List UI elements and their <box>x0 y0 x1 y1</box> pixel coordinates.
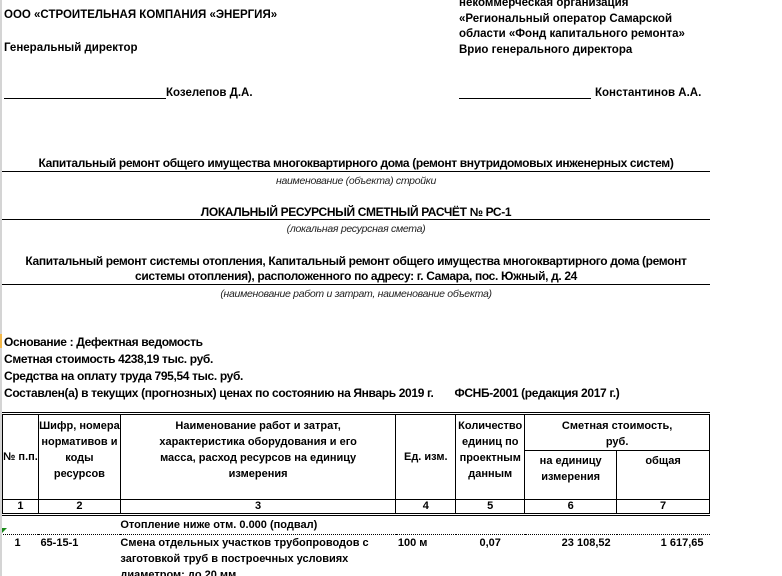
header-qty: Количество единиц по проектным данным <box>456 414 525 500</box>
contractor-signature: Козелепов Д.А. <box>4 86 253 99</box>
header-cost-unit: на единицу измерения <box>525 451 617 500</box>
row-name: Смена отдельных участков трубопроводов с… <box>120 535 395 576</box>
prices-as-of: Составлен(а) в текущих (прогнозных) цена… <box>4 385 619 402</box>
section-title: Отопление ниже отм. 0.000 (подвал) <box>120 515 709 535</box>
basis: Основание : Дефектная ведомость <box>4 334 619 351</box>
prices-as-of-text: Составлен(а) в текущих (прогнозных) цена… <box>4 386 433 400</box>
customer-signer: Константинов А.А. <box>595 87 701 99</box>
row-no: 1 <box>3 535 39 576</box>
row-code: 65-15-1 <box>38 535 120 576</box>
customer-signature: Константинов А.А. <box>459 86 701 99</box>
customer-org-line2: «Региональный оператор Самарской <box>459 12 685 28</box>
contractor-signer: Козелепов Д.А. <box>166 87 253 99</box>
works-caption: (наименование работ и затрат, наименован… <box>2 288 710 300</box>
row-cost-unit: 23 108,52 <box>525 535 617 576</box>
estimate-caption: (локальная ресурсная смета) <box>2 223 710 235</box>
header-code: Шифр, номера нормативов и коды ресурсов <box>38 414 120 500</box>
customer-org-line3: области «Фонд капитального ремонта» <box>459 27 685 43</box>
contractor-signature-line <box>4 86 166 99</box>
column-number-7: 7 <box>617 500 710 515</box>
customer-org: некоммерческая организация «Региональный… <box>459 0 685 58</box>
summary-block: Основание : Дефектная ведомость Сметная … <box>4 334 619 402</box>
column-number-3: 3 <box>120 500 395 515</box>
works-title-line2: системы отопления), расположенного по ад… <box>2 269 710 284</box>
column-number-5: 5 <box>456 500 525 515</box>
column-number-4: 4 <box>396 500 456 515</box>
labor-funds: Средства на оплату труда 795,54 тыс. руб… <box>4 368 619 385</box>
row-unit: 100 м <box>396 535 456 576</box>
column-number-6: 6 <box>525 500 617 515</box>
estimate-table: № п.п. Шифр, номера нормативов и коды ре… <box>2 412 710 576</box>
customer-signature-line <box>459 86 591 99</box>
contractor-position: Генеральный директор <box>4 42 138 54</box>
object-underline <box>2 171 710 172</box>
row-cost-total: 1 617,65 <box>617 535 710 576</box>
header-name: Наименование работ и затрат, характерист… <box>120 414 395 500</box>
header-cost-group: Сметная стоимость, руб. <box>525 414 710 451</box>
active-row-marker <box>0 334 2 348</box>
works-title: Капитальный ремонт системы отопления, Ка… <box>2 254 710 284</box>
works-title-line1: Капитальный ремонт системы отопления, Ка… <box>2 254 710 269</box>
object-caption: наименование (объекта) стройки <box>2 175 710 187</box>
contractor-org-name: ООО «СТРОИТЕЛЬНАЯ КОМПАНИЯ «ЭНЕРГИЯ» <box>4 9 277 21</box>
works-underline <box>2 284 710 285</box>
table-row[interactable]: 1 65-15-1 Смена отдельных участков трубо… <box>3 535 710 576</box>
customer-position: Врио генерального директора <box>459 43 685 59</box>
estimated-cost: Сметная стоимость 4238,19 тыс. руб. <box>4 351 619 368</box>
estimate-underline <box>2 219 710 220</box>
norm-base: ФСНБ-2001 (редакция 2017 г.) <box>454 386 619 400</box>
object-title: Капитальный ремонт общего имущества мног… <box>2 156 710 170</box>
column-number-1: 1 <box>3 500 39 515</box>
column-number-2: 2 <box>38 500 120 515</box>
header-no: № п.п. <box>3 414 39 500</box>
estimate-title: ЛОКАЛЬНЫЙ РЕСУРСНЫЙ СМЕТНЫЙ РАСЧЁТ № РС-… <box>2 205 710 219</box>
header-unit: Ед. изм. <box>396 414 456 500</box>
customer-org-line1: некоммерческая организация <box>459 0 685 12</box>
header-cost-total: общая <box>617 451 710 500</box>
row-qty: 0,07 <box>456 535 525 576</box>
cell-comment-indicator <box>2 528 7 533</box>
